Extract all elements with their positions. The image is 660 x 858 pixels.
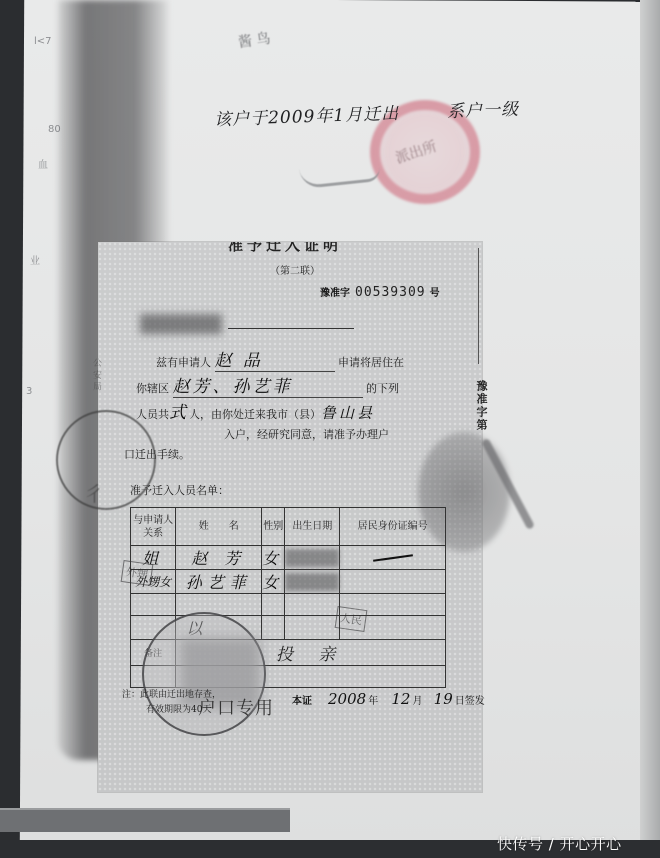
line1-suffix: 申请将居住在 — [338, 356, 404, 369]
footer-note: 注：此联由迁出地存查， 有效期限为40天 — [122, 688, 221, 718]
body-line-4: 入户，经研究同意，请准予办理户 — [224, 426, 389, 442]
margin-mark: l<7 — [34, 36, 52, 47]
left-round-stamp — [56, 410, 156, 510]
number-prefix: 豫准字 — [320, 288, 350, 299]
line3-middle: 人，由你处迁来我市（县） — [189, 408, 321, 421]
cell-gender: 女 — [262, 570, 285, 594]
body-line-1: 兹有申请人 赵 品 申请将居住在 — [156, 346, 404, 372]
cell-birth-date-redacted — [285, 546, 340, 570]
applicant-name: 赵 品 — [215, 351, 263, 371]
margin-mark: 3 — [26, 386, 32, 397]
redacted-addressee — [140, 314, 222, 334]
right-border-rule — [478, 248, 479, 364]
issue-year-unit: 年 — [368, 696, 378, 707]
margin-mark: 业 — [30, 252, 40, 267]
cell-id-number — [340, 570, 446, 594]
issue-date-line: 本证2008年 12月 19日签发 — [292, 690, 485, 708]
side-vertical-text: 豫准字第 — [473, 380, 489, 432]
col-id-number: 居民身份证编号 — [340, 508, 446, 546]
cell-empty — [285, 594, 340, 616]
line3-prefix: 人员共 — [136, 408, 169, 421]
number-suffix: 号 — [430, 288, 440, 299]
watermark: 快传号 / 开心开心 — [497, 833, 622, 854]
issue-month: 12 — [391, 690, 410, 708]
applicant-name-field: 赵 品 — [215, 346, 335, 372]
cell-name: 赵 芳 — [176, 546, 262, 570]
handwritten-note-tail: 系户一级 — [447, 100, 520, 123]
persons-names: 赵芳、孙艺菲 — [173, 377, 293, 397]
footer-note-line-2: 有效期限为40天 — [122, 703, 221, 718]
cell-empty — [285, 616, 340, 640]
left-stamp-text: ⼻ — [84, 478, 104, 507]
col-gender: 性别 — [262, 508, 285, 546]
issue-day-unit: 日签发 — [455, 696, 485, 707]
certificate-number: 00539309 — [355, 285, 426, 300]
left-stamp-vertical: 公 安 局 — [90, 358, 103, 391]
body-line-3: 人员共式人，由你处迁来我市（县）鲁山县 — [136, 398, 375, 423]
copy-label: （第二联） — [270, 262, 320, 277]
col-birth-date: 出生日期 — [285, 508, 340, 546]
issue-year: 2008 — [328, 690, 366, 708]
table-row: 姐 赵 芳 女 — [131, 546, 446, 570]
small-stamp-right: 人民 — [335, 606, 368, 632]
table-row — [131, 594, 446, 616]
issue-day: 19 — [434, 690, 453, 708]
cell-name: 孙艺菲 — [176, 570, 262, 594]
cell-empty — [131, 594, 176, 616]
line1-prefix: 兹有申请人 — [156, 356, 211, 369]
persons-count: 式 — [169, 403, 189, 423]
redaction-block — [285, 573, 339, 591]
redaction-block — [285, 549, 339, 567]
bottom-shadow-band — [0, 808, 290, 832]
cell-gender: 女 — [262, 546, 285, 570]
cell-empty — [262, 616, 285, 640]
table-row: 外甥女 孙艺菲 女 — [131, 570, 446, 594]
certificate-number-row: 豫准字00539309号 — [320, 284, 440, 300]
small-stamp-relation: 外甥 — [121, 560, 154, 586]
col-name: 姓 名 — [176, 508, 262, 546]
persons-names-field: 赵芳、孙艺菲 — [173, 372, 363, 398]
cell-empty — [176, 594, 262, 616]
issue-month-unit: 月 — [412, 696, 422, 707]
destination: 鲁山县 — [321, 404, 375, 422]
body-line-2: 你辖区 赵芳、孙艺菲 的下列 — [136, 372, 399, 398]
margin-mark: 血 — [38, 156, 48, 171]
cell-birth-date-redacted — [285, 570, 340, 594]
line2-prefix: 你辖区 — [136, 382, 169, 395]
footer-note-line-1: 注：此联由迁出地存查， — [122, 688, 221, 703]
right-paper-edge — [640, 0, 660, 858]
cell-id-number — [340, 546, 446, 570]
issue-label: 本证 — [292, 696, 312, 707]
table-header-row: 与申请人关系 姓 名 性别 出生日期 居民身份证编号 — [131, 508, 446, 546]
col-relation: 与申请人关系 — [131, 508, 176, 546]
addressee-underline — [228, 328, 354, 329]
dash-mark — [373, 554, 413, 562]
cell-empty — [262, 594, 285, 616]
line2-suffix: 的下列 — [366, 382, 399, 395]
